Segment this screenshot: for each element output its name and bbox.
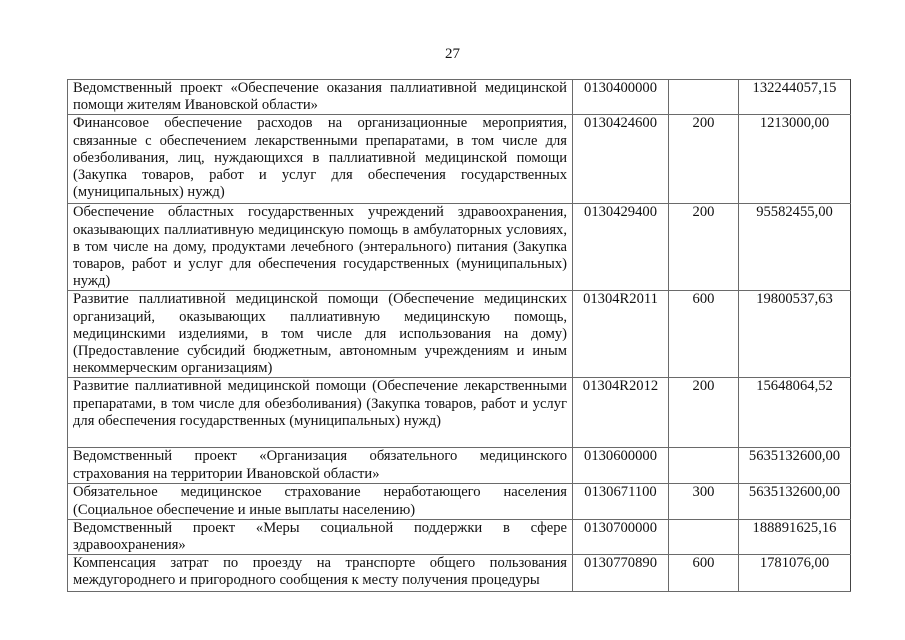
table-row: Финансовое обеспечение расходов на орган… [68, 115, 851, 204]
budget-table: Ведомственный проект «Обеспечение оказан… [67, 79, 851, 592]
row-code: 0130600000 [573, 448, 669, 484]
table-row: Ведомственный проект «Обеспечение оказан… [68, 80, 851, 115]
table-row: Ведомственный проект «Организация обязат… [68, 448, 851, 484]
row-code: 01304R2012 [573, 378, 669, 448]
row-amount: 19800537,63 [739, 291, 851, 378]
row-amount: 5635132600,00 [739, 484, 851, 519]
row-code: 0130770890 [573, 555, 669, 592]
row-name: Ведомственный проект «Обеспечение оказан… [68, 80, 573, 115]
row-code: 01304R2011 [573, 291, 669, 378]
page-number: 27 [0, 46, 905, 63]
row-name: Ведомственный проект «Меры социальной по… [68, 519, 573, 554]
row-name: Развитие паллиативной медицинской помощи… [68, 291, 573, 378]
table-row: Компенсация затрат по проезду на транспо… [68, 555, 851, 592]
table-row: Обеспечение областных государственных уч… [68, 204, 851, 291]
row-amount: 95582455,00 [739, 204, 851, 291]
row-code: 0130424600 [573, 115, 669, 204]
row-amount: 15648064,52 [739, 378, 851, 448]
row-name: Обязательное медицинское страхование нер… [68, 484, 573, 519]
row-code: 0130400000 [573, 80, 669, 115]
row-name: Обеспечение областных государственных уч… [68, 204, 573, 291]
row-expense-type: 300 [669, 484, 739, 519]
row-expense-type: 600 [669, 291, 739, 378]
row-amount: 1781076,00 [739, 555, 851, 592]
row-expense-type [669, 519, 739, 554]
row-name: Развитие паллиативной медицинской помощи… [68, 378, 573, 448]
table-row: Ведомственный проект «Меры социальной по… [68, 519, 851, 554]
row-amount: 132244057,15 [739, 80, 851, 115]
row-expense-type: 200 [669, 378, 739, 448]
row-expense-type: 600 [669, 555, 739, 592]
row-expense-type [669, 80, 739, 115]
row-name: Финансовое обеспечение расходов на орган… [68, 115, 573, 204]
row-name: Компенсация затрат по проезду на транспо… [68, 555, 573, 592]
row-expense-type: 200 [669, 115, 739, 204]
row-expense-type [669, 448, 739, 484]
table-row: Обязательное медицинское страхование нер… [68, 484, 851, 519]
row-code: 0130700000 [573, 519, 669, 554]
row-expense-type: 200 [669, 204, 739, 291]
row-amount: 5635132600,00 [739, 448, 851, 484]
row-code: 0130671100 [573, 484, 669, 519]
row-name: Ведомственный проект «Организация обязат… [68, 448, 573, 484]
row-code: 0130429400 [573, 204, 669, 291]
row-amount: 1213000,00 [739, 115, 851, 204]
row-amount: 188891625,16 [739, 519, 851, 554]
table-row: Развитие паллиативной медицинской помощи… [68, 291, 851, 378]
table-row: Развитие паллиативной медицинской помощи… [68, 378, 851, 448]
